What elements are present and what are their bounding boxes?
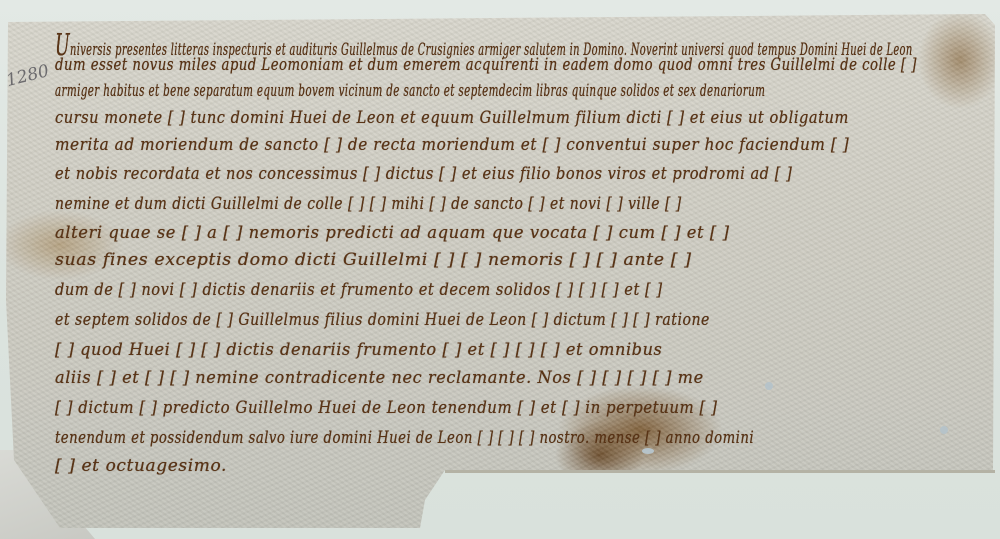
text-line: et septem solidos de [ ] Guillelmus fili… [55, 310, 710, 330]
text-line: [ ] quod Huei [ ] [ ] dictis denariis fr… [55, 340, 662, 360]
parchment-hole [642, 448, 654, 454]
text-line: [ ] et octuagesimo. [55, 456, 227, 476]
text-line: armiger habitus et bene separatum equum … [55, 81, 765, 101]
text-line: tenendum et possidendum salvo iure domin… [55, 428, 754, 448]
text-line: dum esset novus miles apud Leomoniam et … [55, 55, 917, 75]
manuscript: 1280 Universis presentes litteras inspec… [0, 0, 1000, 539]
text-line: suas fines exceptis domo dicti Guillelmi… [55, 250, 692, 270]
bottom-edge-shadow [445, 470, 995, 473]
text-line: et nobis recordata et nos concessimus [ … [55, 164, 792, 184]
text-line: nemine et dum dicti Guillelmi de colle [… [55, 194, 682, 214]
text-line: aliis [ ] et [ ] [ ] nemine contradicent… [55, 368, 704, 388]
text-line: merita ad moriendum de sancto [ ] de rec… [55, 135, 849, 155]
text-line: [ ] dictum [ ] predicto Guillelmo Huei d… [55, 398, 718, 418]
parchment-hole [940, 426, 948, 434]
text-line: alteri quae se [ ] a [ ] nemoris predict… [55, 223, 730, 243]
parchment-hole [765, 382, 773, 390]
text-line: cursu monete [ ] tunc domini Huei de Leo… [55, 108, 849, 128]
text-line: dum de [ ] novi [ ] dictis denariis et f… [55, 280, 663, 300]
